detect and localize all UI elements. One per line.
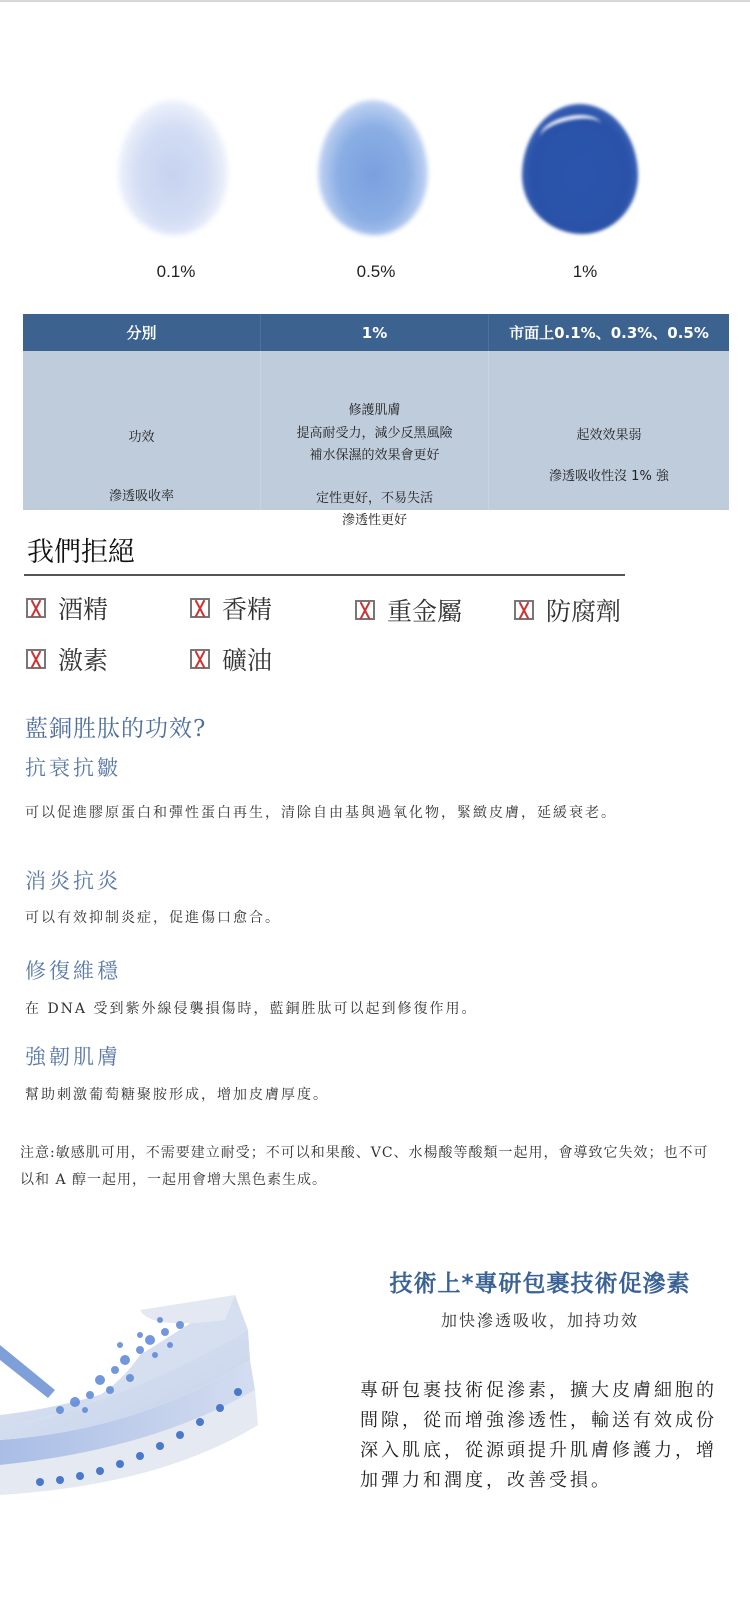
usage-note: 注意:敏感肌可用，不需要建立耐受；不可以和果酸、VC、水楊酸等酸類一起用，會導致… — [20, 1140, 720, 1194]
cell-text: 補水保濕的效果會更好 — [261, 447, 488, 465]
cell-text: 定性更好，不易失活 — [261, 490, 488, 508]
refuse-item-label: 香精 — [222, 590, 272, 626]
crossed-box-icon — [26, 598, 46, 618]
cell-text: 修護肌膚 — [261, 402, 488, 420]
refuse-item-label: 酒精 — [58, 590, 108, 626]
refuse-title: 我們拒絕 — [27, 530, 135, 569]
droplet-label: 0.5% — [336, 262, 416, 282]
refuse-item-label: 防腐劑 — [546, 592, 621, 628]
concentration-comparison-image — [0, 0, 750, 300]
efficacy-text-repair: 在 DNA 受到紫外線侵襲損傷時，藍銅胜肽可以起到修復作用。 — [25, 996, 685, 1022]
efficacy-question-heading: 藍銅胜肽的功效? — [25, 710, 206, 743]
crossed-box-icon — [355, 600, 375, 620]
row-labels-cell: 功效 滲透吸收率 — [23, 351, 261, 510]
refuse-item-preservatives: 防腐劑 — [514, 592, 621, 628]
refuse-item-label: 礦油 — [222, 641, 272, 677]
refuse-item-fragrance: 香精 — [190, 590, 272, 626]
row-label-efficacy: 功效 — [23, 429, 260, 447]
droplet-0-5-percent — [318, 100, 428, 235]
crossed-box-icon — [26, 649, 46, 669]
table-header-row: 分別 1% 市面上0.1%、0.3%、0.5% — [23, 314, 729, 351]
cell-text: 滲透性更好 — [261, 512, 488, 530]
header-category: 分別 — [23, 314, 261, 351]
technology-description: 專研包裹技術促滲素，擴大皮膚細胞的間隙，從而增強滲透性，輸送有效成份深入肌底，從… — [360, 1376, 720, 1496]
efficacy-text-anti-aging: 可以促進膠原蛋白和彈性蛋白再生，清除自由基與過氧化物，緊緻皮膚，延緩衰老。 — [25, 800, 685, 826]
row-label-absorption: 滲透吸收率 — [23, 488, 260, 506]
droplet-0-1-percent — [118, 100, 228, 235]
refuse-item-heavy-metals: 重金屬 — [355, 592, 462, 628]
encapsulation-technology-illustration — [0, 1250, 340, 1500]
efficacy-text-strengthen: 幫助刺激葡萄糖聚胺形成，增加皮膚厚度。 — [25, 1082, 685, 1108]
cell-text: 起效效果弱 — [489, 427, 729, 445]
refuse-item-mineral-oil: 礦油 — [190, 641, 272, 677]
crossed-box-icon — [514, 600, 534, 620]
crossed-box-icon — [190, 649, 210, 669]
refuse-item-label: 重金屬 — [387, 592, 462, 628]
efficacy-heading-anti-aging: 抗衰抗皺 — [25, 752, 121, 782]
cell-text: 滲透吸收性沒 1% 強 — [489, 468, 729, 486]
refuse-divider — [24, 574, 625, 576]
skin-layers-icon — [0, 1250, 340, 1500]
efficacy-heading-repair: 修復維穩 — [25, 955, 121, 985]
droplet-label: 0.1% — [136, 262, 216, 282]
header-market: 市面上0.1%、0.3%、0.5% — [489, 314, 729, 351]
comparison-table: 分別 1% 市面上0.1%、0.3%、0.5% 功效 滲透吸收率 修護肌膚 提高… — [23, 314, 729, 510]
efficacy-heading-strengthen: 強韌肌膚 — [25, 1041, 121, 1071]
col-1-percent-cell: 修護肌膚 提高耐受力，減少反黑風險 補水保濕的效果會更好 定性更好，不易失活 滲… — [261, 351, 489, 510]
refuse-item-hormones: 激素 — [26, 641, 108, 677]
refuse-item-alcohol: 酒精 — [26, 590, 108, 626]
technology-title: 技術上*專研包裹技術促滲素 — [360, 1265, 720, 1298]
header-1-percent: 1% — [261, 314, 489, 351]
technology-subtitle: 加快滲透吸收，加持功效 — [360, 1308, 720, 1331]
efficacy-heading-anti-inflammatory: 消炎抗炎 — [25, 865, 121, 895]
droplet-label: 1% — [545, 262, 625, 282]
cell-text: 提高耐受力，減少反黑風險 — [261, 425, 488, 443]
droplet-1-percent — [522, 104, 638, 234]
efficacy-text-anti-inflammatory: 可以有效抑制炎症，促進傷口愈合。 — [25, 905, 685, 931]
table-body: 功效 滲透吸收率 修護肌膚 提高耐受力，減少反黑風險 補水保濕的效果會更好 定性… — [23, 351, 729, 510]
refuse-item-label: 激素 — [58, 641, 108, 677]
crossed-box-icon — [190, 598, 210, 618]
col-market-cell: 起效效果弱 滲透吸收性沒 1% 強 — [489, 351, 729, 510]
